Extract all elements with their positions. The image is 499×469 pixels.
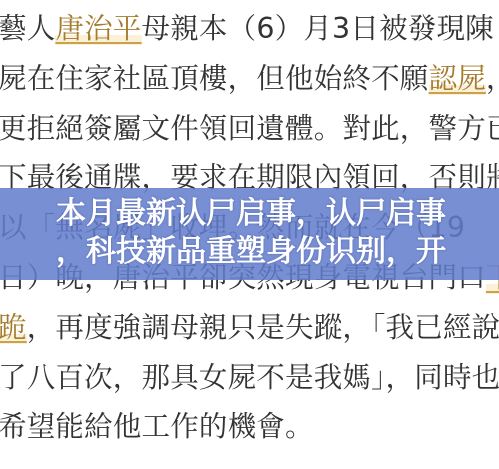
banner-headline-line-2: ，科技新品重塑身份识别，开: [56, 232, 446, 272]
article-line-9: 希望能給他工作的機會。: [0, 402, 499, 452]
page: 藝人唐治平母親本（6）月3日被發現陳 屍在住家社區頂樓，但他始終不願認屍， 更拒…: [0, 0, 499, 469]
overlay-banner-text: 本月最新认尸启事，认尸启事 ，科技新品重塑身份识别，开: [0, 188, 499, 280]
article-line-7: 跪，再度強調母親只是失蹤，「我已經說: [0, 303, 499, 353]
text-segment: 了八百次，那具女屍不是我媽」，同時也: [0, 361, 499, 394]
link-identify-body[interactable]: 認屍: [429, 62, 486, 95]
article-line-2: 屍在住家社區頂樓，但他始終不願認屍，: [0, 54, 499, 104]
text-segment: ，: [486, 62, 499, 95]
text-segment: 更拒絕簽屬文件領回遺體。對此，警方已: [0, 112, 499, 145]
text-segment: 屍在住家社區頂樓，但他始終不願: [0, 62, 429, 95]
banner-headline-line-1: 本月最新认尸启事，认尸启事: [56, 194, 446, 234]
text-segment: 母親本（6）月3日被發現陳: [142, 12, 494, 45]
link-kneel-part2[interactable]: 跪: [0, 311, 27, 344]
text-segment: ，再度強調母親只是失蹤，「我已經說: [27, 311, 499, 344]
text-segment: 希望能給他工作的機會。: [0, 410, 314, 443]
link-tang-zhiping[interactable]: 唐治平: [55, 12, 141, 45]
article-line-8: 了八百次，那具女屍不是我媽」，同時也: [0, 353, 499, 403]
text-segment: 藝人: [0, 12, 55, 45]
article-line-3: 更拒絕簽屬文件領回遺體。對此，警方已: [0, 104, 499, 154]
article-line-1: 藝人唐治平母親本（6）月3日被發現陳: [0, 4, 499, 54]
